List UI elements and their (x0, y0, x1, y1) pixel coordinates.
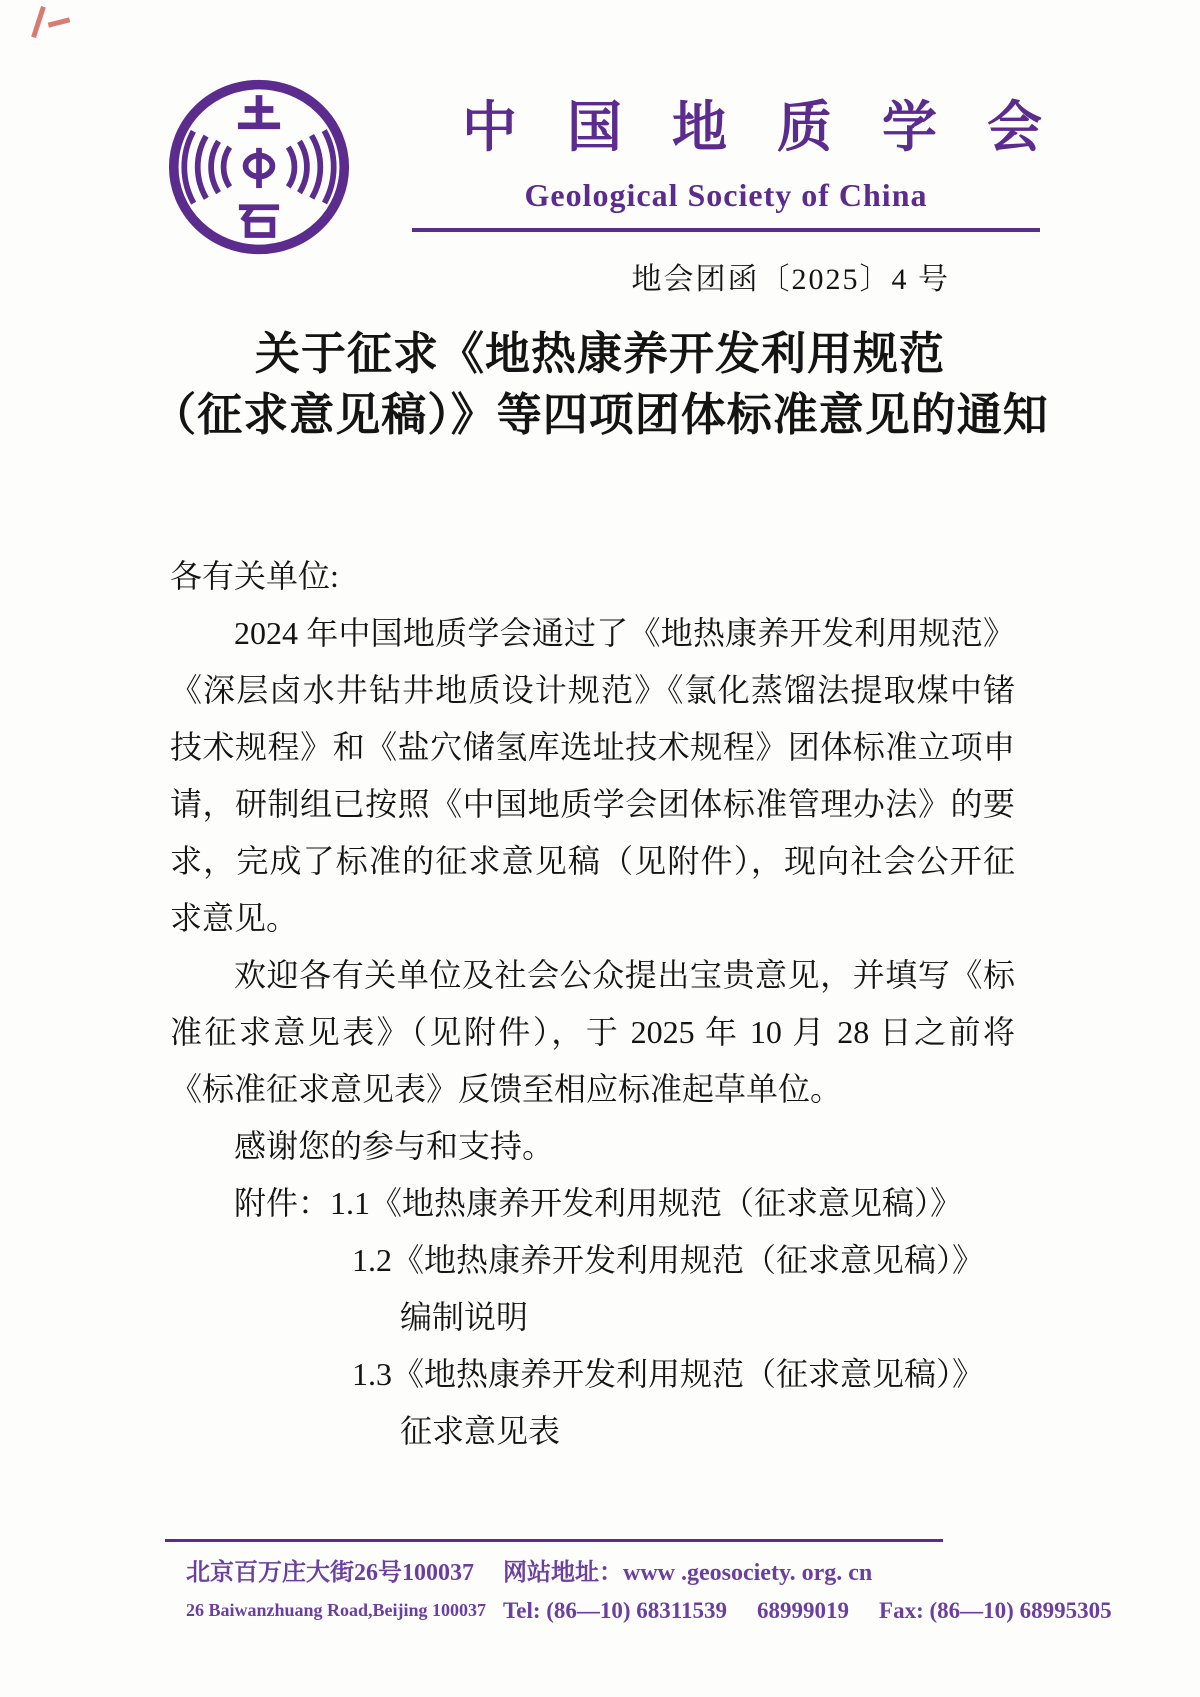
body-line-1: 2024 年中国地质学会通过了《地热康养开发利用规范》 (170, 605, 1015, 662)
body-line-7: 欢迎各有关单位及社会公众提出宝贵意见，并填写《标 (170, 947, 1015, 1004)
letterhead-divider (412, 228, 1040, 232)
document-page: 中国地质学会 Geological Society of China 地会团函〔… (0, 0, 1200, 1697)
salutation: 各有关单位: (170, 548, 1015, 605)
tel-alt: 68999019 (757, 1596, 849, 1626)
letterhead: 中国地质学会 Geological Society of China (412, 92, 1040, 232)
notice-title: 关于征求《地热康养开发利用规范 （征求意见稿）》等四项团体标准意见的通知 (0, 324, 1200, 446)
body-line-4: 请，研制组已按照《中国地质学会团体标准管理办法》的要 (170, 776, 1015, 833)
notice-body: 各有关单位: 2024 年中国地质学会通过了《地热康养开发利用规范》 《深层卤水… (170, 548, 1015, 1460)
website: 网站地址：www .geosociety. org. cn (503, 1556, 1063, 1590)
body-line-2: 《深层卤水井钻井地质设计规范》《氯化蒸馏法提取煤中锗 (170, 662, 1015, 719)
body-line-8: 准征求意见表》（见附件），于 2025 年 10 月 28 日之前将 (170, 1004, 1015, 1061)
notice-title-line2: （征求意见稿）》等四项团体标准意见的通知 (0, 385, 1200, 446)
attachment-line-3: 编制说明 (170, 1289, 1015, 1346)
tel: Tel: (86—10) 68311539 (503, 1596, 727, 1626)
address-en: 26 Baiwanzhuang Road,Beijing 100037 (186, 1596, 486, 1624)
contact-line: Tel: (86—10) 68311539 68999019 Fax: (86—… (503, 1596, 1063, 1626)
body-line-3: 技术规程》和《盐穴储氢库选址技术规程》团体标准立项申 (170, 719, 1015, 776)
red-corner-mark (48, 17, 71, 27)
doc-number: 地会团函〔2025〕4 号 (600, 254, 950, 298)
attachment-line-4: 1.3《地热康养开发利用规范（征求意见稿）》 (170, 1346, 1015, 1403)
attachment-line-2: 1.2《地热康养开发利用规范（征求意见稿）》 (170, 1232, 1015, 1289)
body-line-5: 求，完成了标准的征求意见稿（见附件），现向社会公开征 (170, 833, 1015, 890)
attachment-line-5: 征求意见表 (170, 1403, 1015, 1460)
geological-society-seal-icon (163, 76, 355, 258)
footer-divider (165, 1539, 943, 1542)
body-line-9: 《标准征求意见表》反馈至相应标准起草单位。 (170, 1061, 1015, 1118)
attachment-line-1: 附件：1.1《地热康养开发利用规范（征求意见稿）》 (170, 1175, 1015, 1232)
body-line-6: 求意见。 (170, 890, 1015, 947)
fax: Fax: (86—10) 68995305 (879, 1596, 1112, 1626)
red-corner-mark (31, 6, 46, 38)
address-cn: 北京百万庄大街26号100037 (186, 1556, 486, 1590)
body-line-10: 感谢您的参与和支持。 (170, 1118, 1015, 1175)
notice-title-line1: 关于征求《地热康养开发利用规范 (0, 324, 1200, 385)
org-name-cn: 中国地质学会 (412, 92, 1040, 174)
org-name-en: Geological Society of China (412, 174, 1040, 220)
